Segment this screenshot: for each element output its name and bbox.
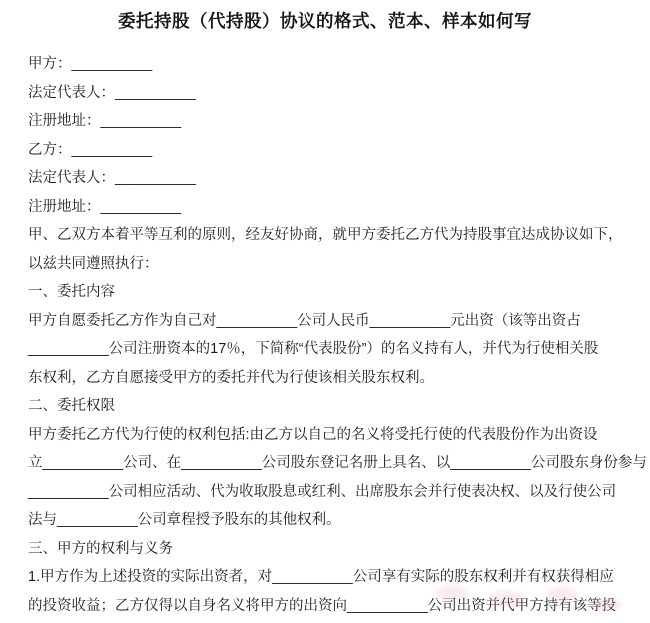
section-heading-1: 一、委托内容 [28, 278, 622, 307]
section-3-line-1: 1.甲方作为上述投资的实际出资者，对__________公司享有实际的股东权利并… [28, 563, 622, 592]
section-1-line-3: 东权利，乙方自愿接受甲方的委托并代为行使该相关股东权利。 [28, 364, 622, 393]
section-2-line-1: 甲方委托乙方代为行使的权利包括:由乙方以自己的名义将受托行使的代表股份作为出资设 [28, 421, 622, 450]
section-1-line-1: 甲方自愿委托乙方作为自己对__________公司人民币__________元出… [28, 307, 622, 336]
section-2-line-2: 立__________公司、在__________公司股东登记名册上具名、以__… [28, 449, 622, 478]
field-line-address-a: 注册地址：__________ [28, 107, 622, 136]
field-line-legal-rep-a: 法定代表人：__________ [28, 79, 622, 108]
preamble-line-2: 以兹共同遵照执行： [28, 250, 622, 279]
section-1-line-2: __________公司注册资本的17％，下简称“代表股份”）的名义持有人，并代… [28, 335, 622, 364]
document-title: 委托持股（代持股）协议的格式、范本、样本如何写 [28, 8, 622, 34]
section-heading-3: 三、甲方的权利与义务 [28, 535, 622, 564]
section-3-line-2: 的投资收益；乙方仅得以自身名义将甲方的出资向__________公司出资并代甲方… [28, 592, 622, 621]
section-2-line-3: __________公司相应活动、代为收取股息或红利、出席股东会并行使表决权、以… [28, 478, 622, 507]
field-line-legal-rep-b: 法定代表人：__________ [28, 164, 622, 193]
section-2-line-4: 法与__________公司章程授予股东的其他权利。 [28, 506, 622, 535]
section-heading-2: 二、委托权限 [28, 392, 622, 421]
field-line-party-a: 甲方：__________ [28, 50, 622, 79]
agreement-document: 委托持股（代持股）协议的格式、范本、样本如何写 甲方：__________ 法定… [0, 8, 650, 623]
preamble-line-1: 甲、乙双方本着平等互利的原则，经友好协商，就甲方委托乙方代为持股事宜达成协议如下… [28, 221, 622, 250]
field-line-party-b: 乙方：__________ [28, 136, 622, 165]
field-line-address-b: 注册地址：__________ [28, 193, 622, 222]
